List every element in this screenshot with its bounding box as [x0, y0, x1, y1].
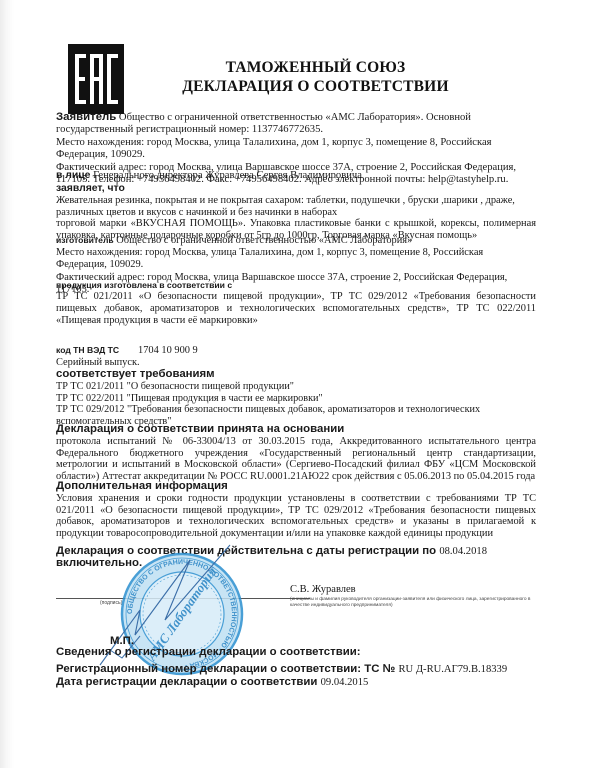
- manufacturer-line: изготовитель Общество с ограниченной отв…: [56, 234, 536, 247]
- registration-heading: Сведения о регистрации декларации о соот…: [56, 646, 536, 659]
- registration-number-line: Регистрационный номер декларации о соотв…: [56, 663, 536, 676]
- applicant-text: Общество с ограниченной ответственностью…: [56, 112, 471, 135]
- signatory-name: С.В. Журавлев: [290, 584, 356, 595]
- signatory-description: (инициалы и фамилия руководителя организ…: [290, 597, 540, 609]
- additional-info-section: Дополнительная информация Условия хранен…: [56, 481, 536, 540]
- basis-text: протокола испытаний № 06-33004/13 от 30.…: [56, 436, 536, 483]
- manufacturer-text: Общество с ограниченной ответственностью…: [114, 235, 413, 246]
- applicant-line: Заявитель Общество с ограниченной ответс…: [56, 111, 536, 137]
- product-description-1: Жевательная резинка, покрытая и не покры…: [56, 195, 536, 219]
- produced-per-section: продукция изготовлена в соответствии с Т…: [56, 279, 536, 327]
- document-page: ТАМОЖЕННЫЙ СОЮЗ ДЕКЛАРАЦИЯ О СООТВЕТСТВИ…: [0, 0, 591, 768]
- represented-by-section: в лице Генерального директора Журавлева …: [56, 170, 536, 182]
- title-line-declaration: ДЕКЛАРАЦИЯ О СООТВЕТСТВИИ: [40, 77, 591, 96]
- additional-info-label: Дополнительная информация: [56, 481, 536, 493]
- registration-date-value: 09.04.2015: [321, 677, 369, 688]
- produced-per-label: продукция изготовлена в соответствии с: [56, 279, 536, 291]
- declares-label: заявляет, что: [56, 183, 536, 195]
- complies-item: ТР ТС 021/2011 "О безопасности пищевой п…: [56, 381, 536, 393]
- complies-item: ТР ТС 022/2011 "Пищевая продукция в част…: [56, 393, 536, 405]
- registration-section: Сведения о регистрации декларации о соот…: [56, 646, 536, 689]
- represented-by-label: в лице: [56, 170, 90, 181]
- represented-by-text: Генерального директора Журавлева Сергея …: [90, 170, 361, 181]
- hs-code-label: код ТН ВЭД ТС: [56, 344, 138, 356]
- complies-label: соответствует требованиям: [56, 369, 536, 381]
- registration-date-line: Дата регистрации декларации о соответств…: [56, 676, 536, 689]
- complies-section: соответствует требованиям ТР ТС 021/2011…: [56, 369, 536, 428]
- applicant-label: Заявитель: [56, 111, 116, 123]
- manufacturer-label: изготовитель: [56, 235, 114, 245]
- manufacturer-location: Место нахождения: город Москва, улица Та…: [56, 247, 536, 271]
- produced-per-text: ТР ТС 021/2011 «О безопасности пищевой п…: [56, 291, 536, 327]
- basis-label: Декларация о соответствии принята на осн…: [56, 424, 536, 436]
- hs-code-section: код ТН ВЭД ТС1704 10 900 9 Серийный выпу…: [56, 344, 536, 369]
- title-line-customs-union: ТАМОЖЕННЫЙ СОЮЗ: [40, 58, 591, 77]
- hs-code-value: 1704 10 900 9: [138, 345, 198, 356]
- validity-date: 08.04.2018: [439, 546, 487, 557]
- registration-number-label: Регистрационный номер декларации о соотв…: [56, 663, 398, 675]
- document-title: ТАМОЖЕННЫЙ СОЮЗ ДЕКЛАРАЦИЯ О СООТВЕТСТВИ…: [0, 58, 591, 96]
- applicant-location: Место нахождения: город Москва, улица Та…: [56, 137, 536, 162]
- basis-section: Декларация о соответствии принята на осн…: [56, 424, 536, 483]
- registration-number-value: RU Д-RU.АГ79.В.18339: [398, 664, 507, 675]
- additional-info-text: Условия хранения и сроки годности продук…: [56, 493, 536, 540]
- registration-date-label: Дата регистрации декларации о соответств…: [56, 676, 321, 688]
